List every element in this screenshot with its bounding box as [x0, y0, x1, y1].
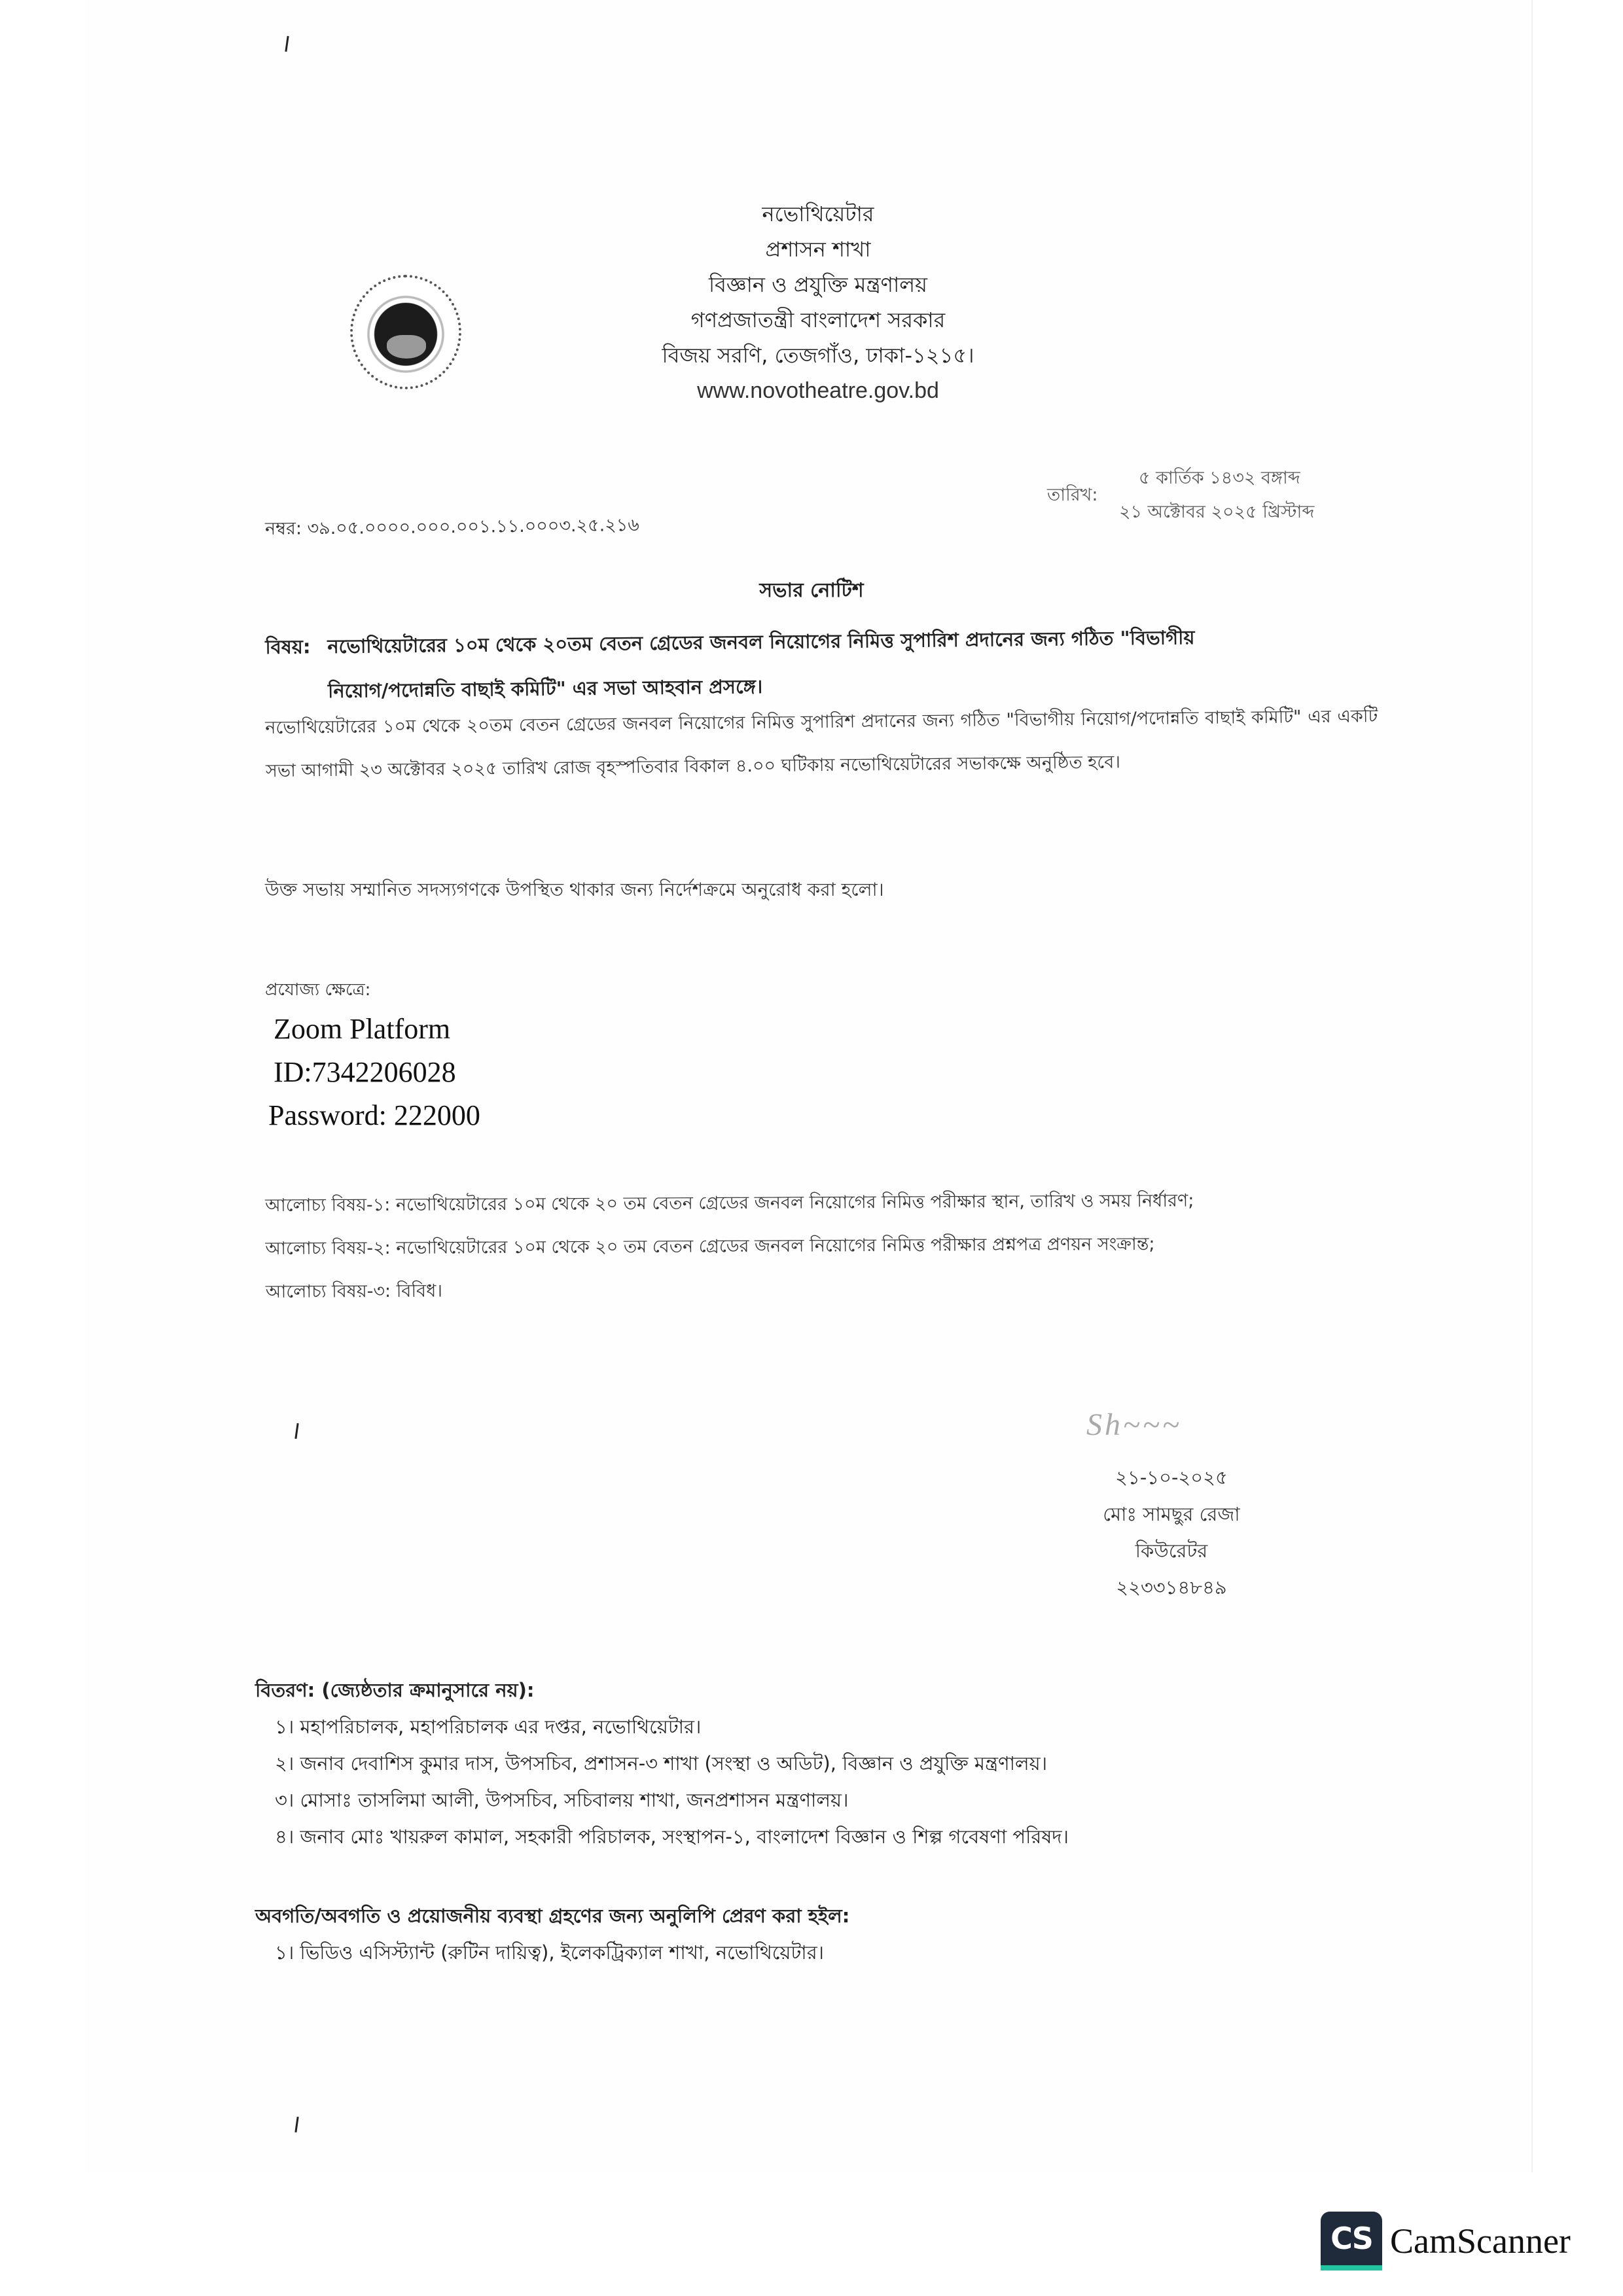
camscanner-brand: CamScanner [1390, 2221, 1571, 2261]
distribution-item: ২। জনাব দেবাশিস কুমার দাস, উপসচিব, প্রশা… [255, 1745, 1069, 1782]
agenda-list: আলোচ্য বিষয়-১: নভোথিয়েটারের ১০ম থেকে ২… [265, 1178, 1378, 1314]
zoom-meeting-info: Zoom Platform ID:7342206028 Password: 22… [268, 1008, 480, 1137]
copy-to-list: অবগতি/অবগতি ও প্রয়োজনীয় ব্যবস্থা গ্রহণ… [255, 1898, 849, 1971]
signatory-designation: কিউরেটর [1034, 1532, 1309, 1569]
distribution-list: বিতরণ: (জ্যেষ্ঠতার ক্রমানুসারে নয়): ১। … [255, 1672, 1069, 1855]
zoom-meeting-id: ID:7342206028 [268, 1051, 480, 1094]
date-label: তারিখ: [1047, 478, 1098, 512]
notice-title: সভার নোটিশ [0, 574, 1623, 608]
handwritten-signature: Sh~~~ [1034, 1407, 1309, 1459]
distribution-item: ৩। মোসাঃ তাসলিমা আলী, উপসচিব, সচিবালয় শ… [255, 1782, 1069, 1818]
date-gregorian: ২১ অক্টোবর ২০২৫ খ্রিস্টাব্দ [1119, 495, 1314, 529]
copy-to-item: ১। ভিডিও এসিস্ট্যান্ট (রুটিন দায়িত্ব), … [255, 1934, 849, 1971]
distribution-item: ১। মহাপরিচালক, মহাপরিচালক এর দপ্তর, নভোথ… [255, 1708, 1069, 1745]
zoom-password: Password: 222000 [268, 1094, 480, 1137]
letterhead-government: গণপ্রজাতন্ত্রী বাংলাদেশ সরকার [589, 302, 1047, 338]
signatory-phone: ২২৩৩১৪৮৪৯ [1034, 1569, 1309, 1606]
copy-to-heading: অবগতি/অবগতি ও প্রয়োজনীয় ব্যবস্থা গ্রহণ… [255, 1898, 849, 1934]
signature-block: Sh~~~ ২১-১০-২০২৫ মোঃ সামছুর রেজা কিউরেটর… [1034, 1407, 1309, 1606]
letterhead: নভোথিয়েটার প্রশাসন শাখা বিজ্ঞান ও প্রযু… [589, 196, 1047, 408]
camscanner-logo-icon: CS [1321, 2212, 1382, 2270]
signatory-name: মোঃ সামছুর রেজা [1034, 1496, 1309, 1532]
online-label: প্রযোজ্য ক্ষেত্রে: [265, 976, 370, 1005]
distribution-item: ৪। জনাব মোঃ খায়রুল কামাল, সহকারী পরিচাল… [255, 1818, 1069, 1855]
distribution-heading: বিতরণ: (জ্যেষ্ঠতার ক্রমানুসারে নয়): [255, 1672, 1069, 1708]
agenda-item: আলোচ্য বিষয়-১: নভোথিয়েটারের ১০ম থেকে ২… [265, 1178, 1378, 1227]
notice-body: নভোথিয়েটারের ১০ম থেকে ২০তম বেতন গ্রেডের… [265, 695, 1378, 793]
attendance-request: উক্ত সভায় সম্মানিত সদস্যগণকে উপস্থিত থা… [265, 875, 884, 906]
subject-label: বিষয়: [265, 624, 328, 669]
letterhead-website[interactable]: www.novotheatre.gov.bd [589, 373, 1047, 408]
letterhead-address: বিজয় সরণি, তেজগাঁও, ঢাকা-১২১৫। [589, 338, 1047, 373]
zoom-platform: Zoom Platform [268, 1008, 480, 1051]
government-seal-logo [350, 275, 461, 389]
signature-date: ২১-১০-২০২৫ [1034, 1459, 1309, 1496]
agenda-item: আলোচ্য বিষয়-৩: বিবিধ। [266, 1265, 1378, 1314]
reference-number: নম্বর: ৩৯.০৫.০০০০.০০০.০০১.১১.০০০৩.২৫.২১৬ [265, 512, 639, 545]
letterhead-org: নভোথিয়েটার [589, 196, 1047, 232]
agenda-item: আলোচ্য বিষয়-২: নভোথিয়েটারের ১০ম থেকে ২… [265, 1222, 1378, 1271]
camscanner-watermark: CS CamScanner [1321, 2212, 1571, 2270]
subject-line-1: নভোথিয়েটারের ১০ম থেকে ২০তম বেতন গ্রেডের… [327, 626, 1195, 658]
letterhead-branch: প্রশাসন শাখা [589, 232, 1047, 267]
date-bangla: ৫ কার্তিক ১৪৩২ বঙ্গাব্দ [1139, 461, 1300, 495]
letterhead-ministry: বিজ্ঞান ও প্রযুক্তি মন্ত্রণালয় [589, 267, 1047, 302]
